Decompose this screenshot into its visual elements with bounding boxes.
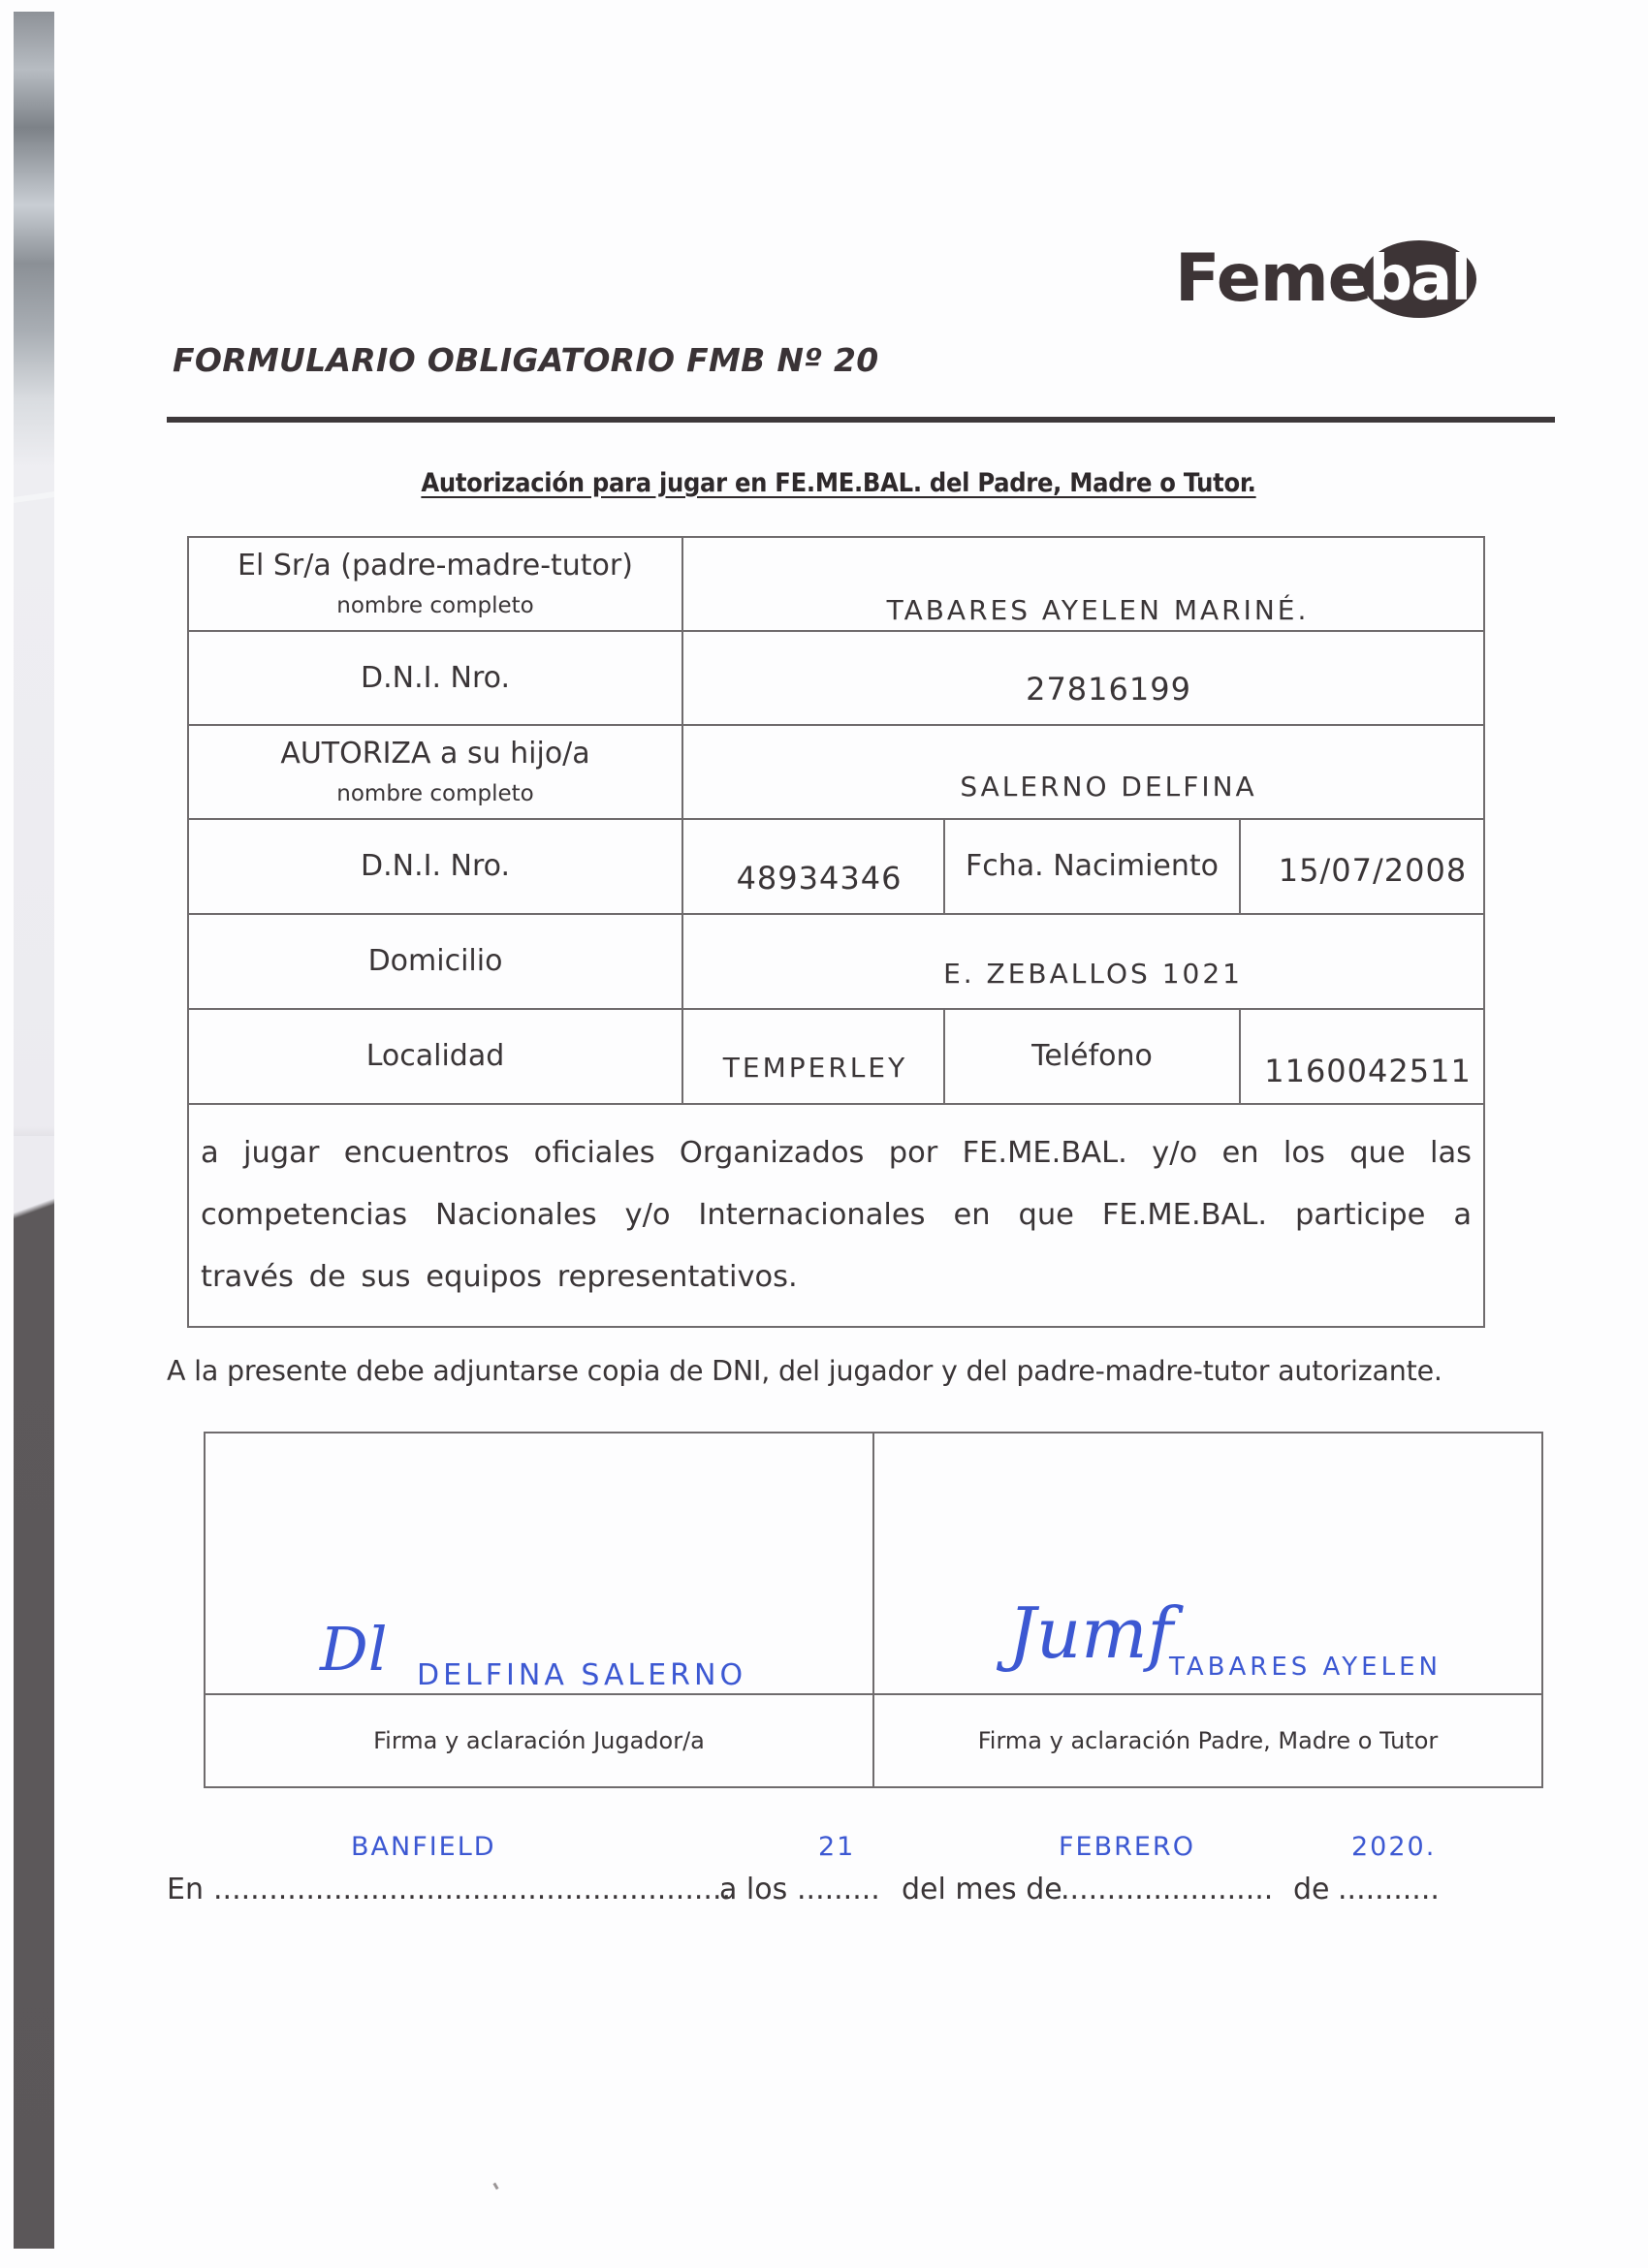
child-name-label: AUTORIZA a su hijo/a nombre completo: [188, 725, 682, 819]
locality-field[interactable]: TEMPERLEY: [682, 1009, 944, 1104]
title-divider: [167, 417, 1555, 423]
form-subtitle: Autorización para jugar en FE.ME.BAL. de…: [0, 468, 1648, 498]
birth-date-value: 15/07/2008: [1279, 852, 1467, 889]
player-signature-field[interactable]: Dl DELFINA SALERNO: [205, 1433, 873, 1694]
table-row: Dl DELFINA SALERNO Jumf TABARES AYELEN: [205, 1433, 1542, 1694]
locality-value: TEMPERLEY: [723, 1052, 907, 1084]
month-dots: .......................: [1061, 1873, 1273, 1906]
day-prefix: a los: [719, 1873, 787, 1906]
table-row: Firma y aclaración Jugador/a Firma y acl…: [205, 1694, 1542, 1787]
table-row: AUTORIZA a su hijo/a nombre completo SAL…: [188, 725, 1484, 819]
parent-signature-mark: Jumf: [1008, 1598, 1173, 1668]
parent-signature-field[interactable]: Jumf TABARES AYELEN: [873, 1433, 1542, 1694]
parent-name-label: El Sr/a (padre-madre-tutor) nombre compl…: [188, 537, 682, 631]
parent-dni-field[interactable]: 27816199: [682, 631, 1484, 725]
month-prefix: del mes de: [902, 1873, 1062, 1906]
logo-text: Feme: [1175, 246, 1372, 312]
signature-table: Dl DELFINA SALERNO Jumf TABARES AYELEN F…: [204, 1432, 1543, 1788]
femebal-logo: Feme bal: [1175, 240, 1476, 318]
scanner-edge: [14, 12, 54, 2249]
month-value[interactable]: FEBRERO: [1059, 1832, 1195, 1862]
table-row: El Sr/a (padre-madre-tutor) nombre compl…: [188, 537, 1484, 631]
form-subtitle-text: Autorización para jugar en FE.ME.BAL. de…: [392, 468, 1255, 498]
birth-date-field[interactable]: 15/07/2008: [1240, 819, 1484, 914]
year-value[interactable]: 2020.: [1351, 1832, 1436, 1862]
child-sublabel-text: nombre completo: [189, 781, 681, 808]
form-title: FORMULARIO OBLIGATORIO FMB Nº 20: [173, 341, 878, 379]
parent-printed-name: TABARES AYELEN: [1169, 1653, 1442, 1682]
address-field[interactable]: E. ZEBALLOS 1021: [682, 914, 1484, 1009]
year-dots: ...........: [1338, 1873, 1440, 1906]
authorization-text: a jugar encuentros oficiales Organizados…: [188, 1104, 1484, 1327]
child-dni-value: 48934346: [737, 860, 903, 897]
parent-name-field[interactable]: TABARES AYELEN MARINÉ.: [682, 537, 1484, 631]
phone-field[interactable]: 1160042511: [1240, 1009, 1484, 1104]
authorization-table: El Sr/a (padre-madre-tutor) nombre compl…: [187, 536, 1485, 1328]
logo-oval: bal: [1362, 240, 1476, 318]
child-name-field[interactable]: SALERNO DELFINA: [682, 725, 1484, 819]
table-row: D.N.I. Nro. 48934346 Fcha. Nacimiento 15…: [188, 819, 1484, 914]
parent-sublabel-text: nombre completo: [189, 593, 681, 620]
address-label: Domicilio: [188, 914, 682, 1009]
place-value[interactable]: BANFIELD: [351, 1832, 496, 1862]
birth-date-label: Fcha. Nacimiento: [944, 819, 1240, 914]
attachment-note: A la presente debe adjuntarse copia de D…: [167, 1355, 1442, 1387]
parent-dni-label: D.N.I. Nro.: [188, 631, 682, 725]
phone-value: 1160042511: [1264, 1053, 1472, 1089]
table-row: a jugar encuentros oficiales Organizados…: [188, 1104, 1484, 1327]
day-dots: .........: [797, 1873, 880, 1906]
child-label-text: AUTORIZA a su hijo/a: [280, 737, 589, 771]
player-signature-mark: Dl: [320, 1620, 388, 1680]
player-signature-caption: Firma y aclaración Jugador/a: [205, 1694, 873, 1787]
parent-signature-caption: Firma y aclaración Padre, Madre o Tutor: [873, 1694, 1542, 1787]
day-value[interactable]: 21: [818, 1832, 855, 1862]
place-date-line: En .....................................…: [167, 1832, 1505, 1909]
child-dni-field[interactable]: 48934346: [682, 819, 944, 914]
phone-label: Teléfono: [944, 1009, 1240, 1104]
scan-speck: [492, 2183, 498, 2190]
table-row: Localidad TEMPERLEY Teléfono 1160042511: [188, 1009, 1484, 1104]
table-row: D.N.I. Nro. 27816199: [188, 631, 1484, 725]
place-prefix: En: [167, 1873, 204, 1906]
table-row: Domicilio E. ZEBALLOS 1021: [188, 914, 1484, 1009]
child-name-value: SALERNO DELFINA: [960, 771, 1256, 803]
place-dots: ........................................…: [213, 1873, 731, 1906]
address-value: E. ZEBALLOS 1021: [943, 958, 1243, 990]
locality-label: Localidad: [188, 1009, 682, 1104]
parent-label-text: El Sr/a (padre-madre-tutor): [238, 549, 633, 583]
parent-dni-value: 27816199: [1026, 671, 1191, 708]
child-dni-label: D.N.I. Nro.: [188, 819, 682, 914]
player-printed-name: DELFINA SALERNO: [417, 1658, 746, 1692]
parent-name-value: TABARES AYELEN MARINÉ.: [887, 594, 1310, 626]
scanner-edge-shadow: [14, 1136, 54, 1281]
year-prefix: de: [1293, 1873, 1330, 1906]
